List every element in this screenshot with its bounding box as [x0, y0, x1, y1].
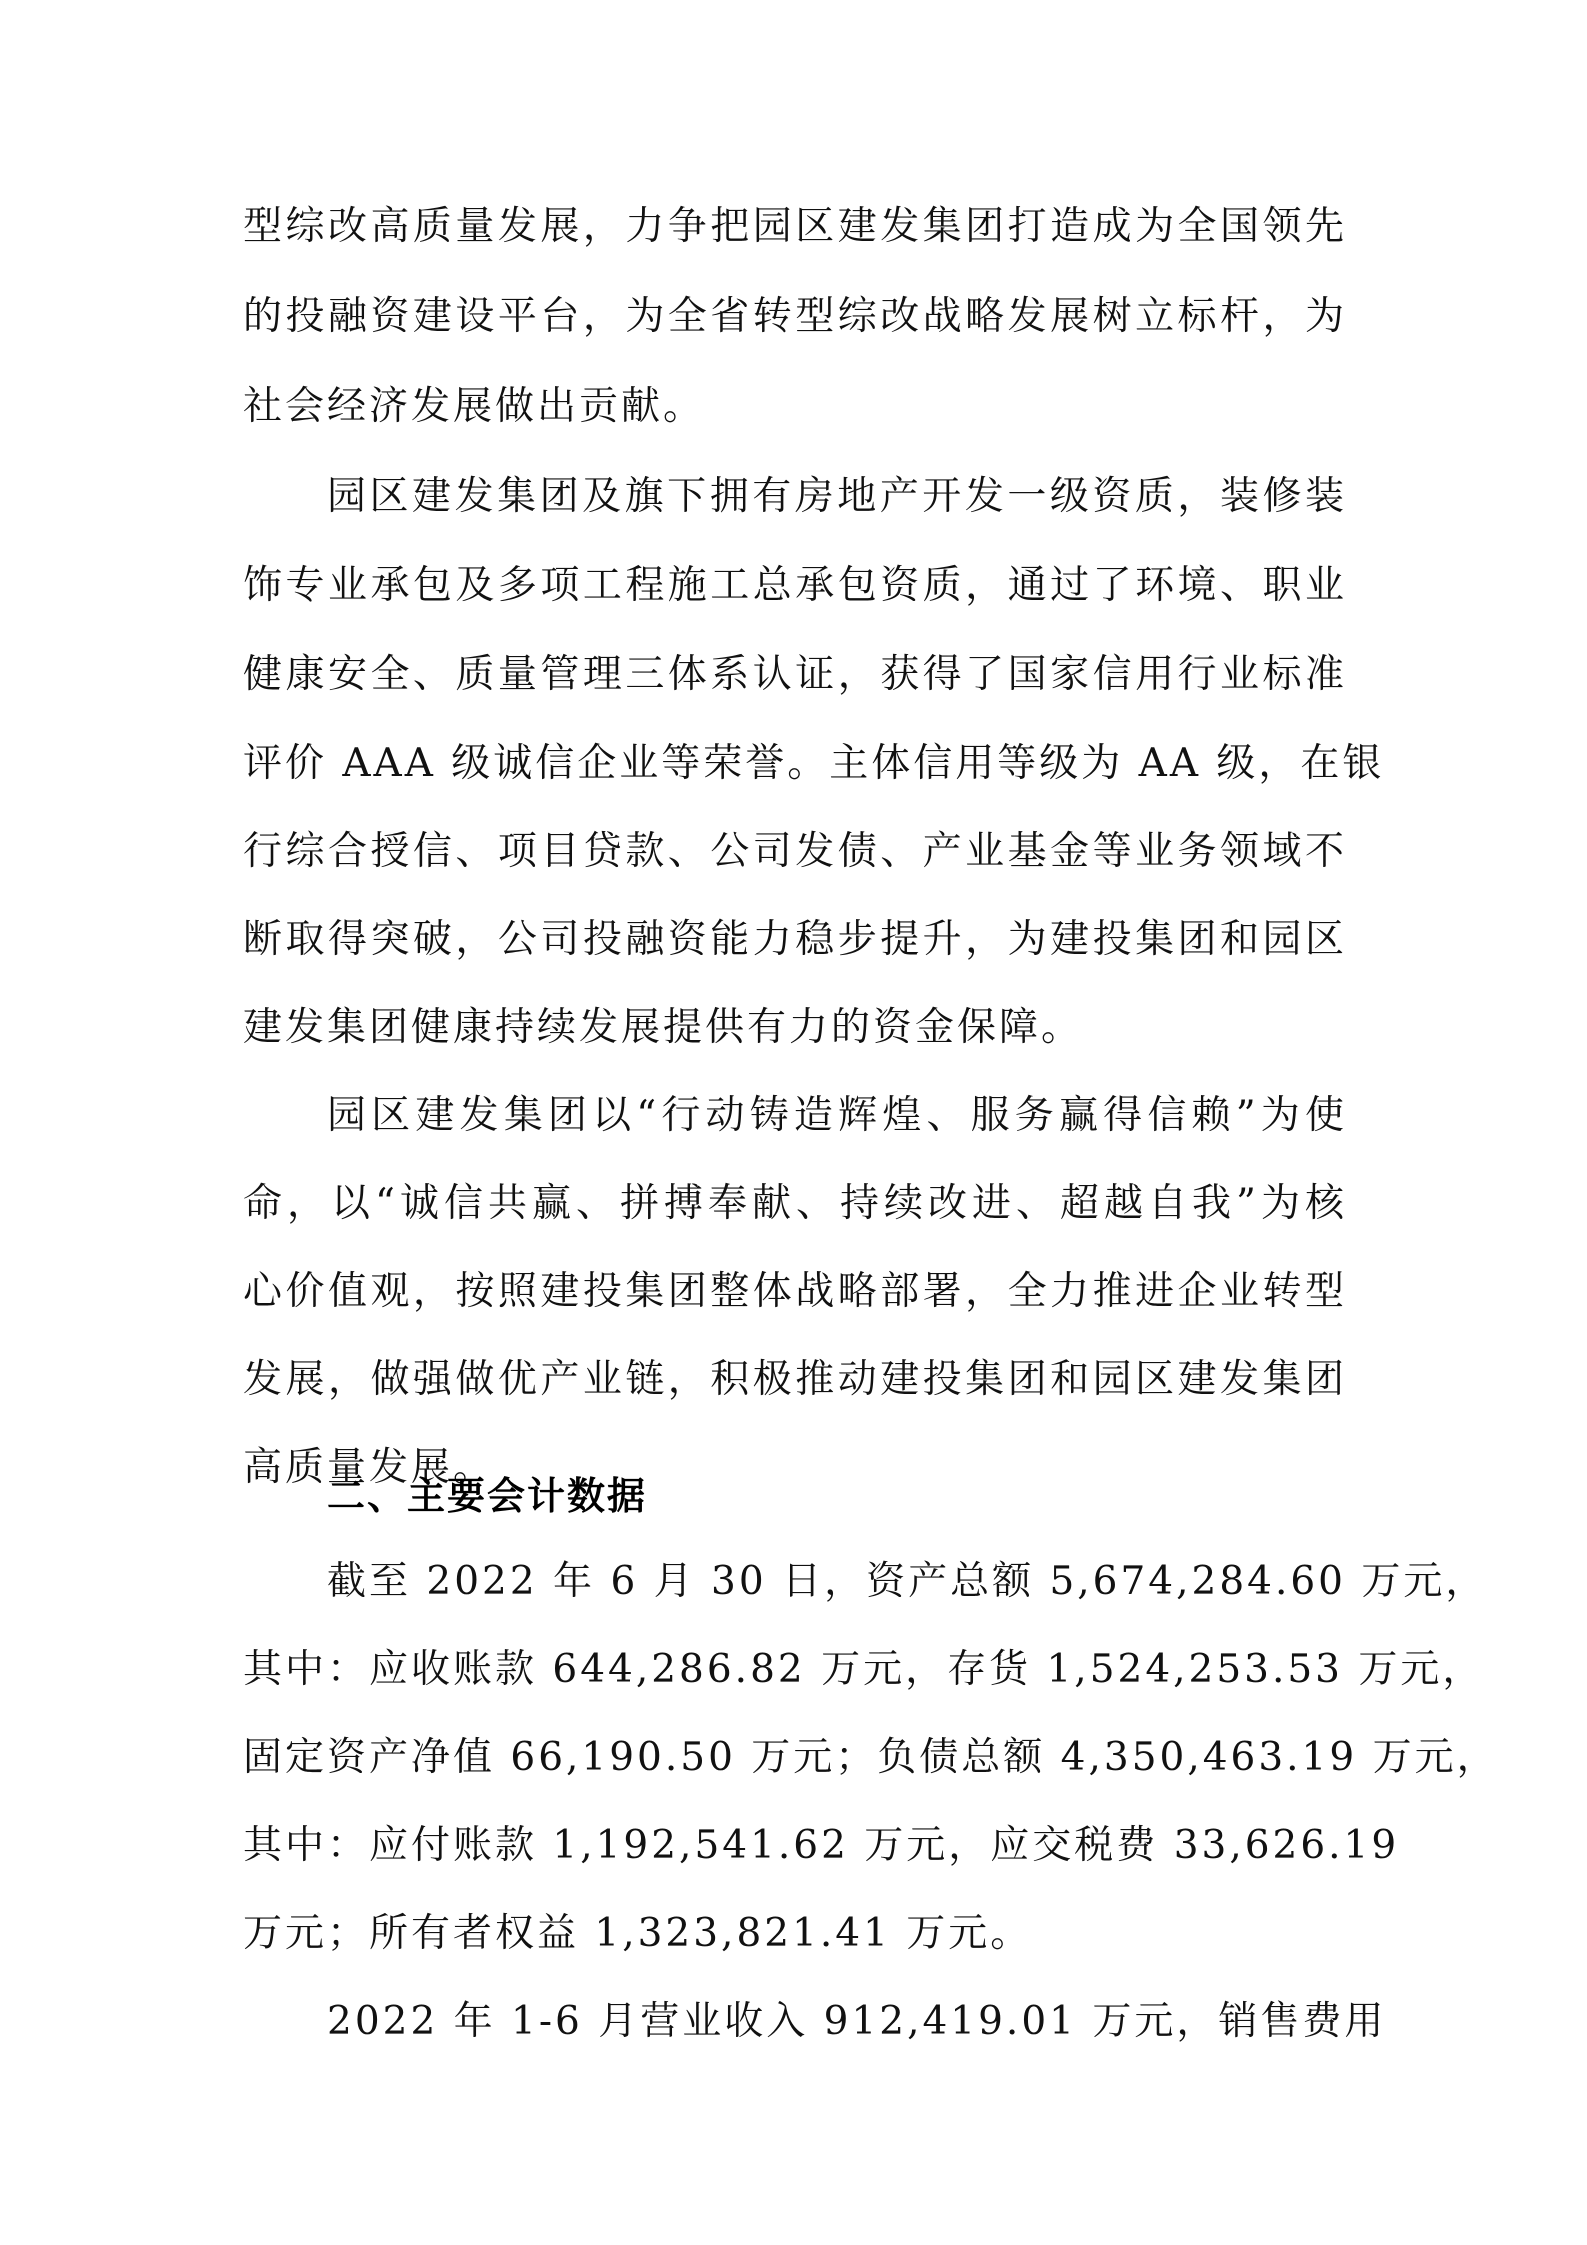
paragraph-qualifications-line-7: 建发集团健康持续发展提供有力的资金保障。 — [243, 998, 1347, 1058]
paragraph-mission-line-3: 心价值观，按照建投集团整体战略部署，全力推进企业转型 — [243, 1262, 1347, 1322]
paragraph-qualifications-line-6: 断取得突破，公司投融资能力稳步提升，为建投集团和园区 — [243, 910, 1347, 970]
paragraph-qualifications-line-5: 行综合授信、项目贷款、公司发债、产业基金等业务领域不 — [243, 822, 1347, 882]
section-heading-accounting-data: 二、主要会计数据 — [327, 1466, 647, 1526]
document-page: 型综改高质量发展，力争把园区建发集团打造成为全国领先 的投融资建设平台，为全省转… — [0, 0, 1587, 2245]
paragraph-qualifications-line-3: 健康安全、质量管理三体系认证，获得了国家信用行业标准 — [243, 645, 1347, 705]
paragraph-balance-sheet-line-3: 固定资产净值 66,190.50 万元；负债总额 4,350,463.19 万元… — [243, 1728, 1347, 1788]
paragraph-mission-line-4: 发展，做强做优产业链，积极推动建投集团和园区建发集团 — [243, 1350, 1347, 1410]
paragraph-balance-sheet-line-4: 其中：应付账款 1,192,541.62 万元，应交税费 33,626.19 — [243, 1816, 1347, 1876]
paragraph-qualifications-line-1: 园区建发集团及旗下拥有房地产开发一级资质，装修装 — [327, 467, 1347, 527]
paragraph-income-line-1: 2022 年 1-6 月营业收入 912,419.01 万元，销售费用 — [327, 1992, 1347, 2052]
paragraph-continuation-line-3: 社会经济发展做出贡献。 — [243, 377, 1347, 437]
paragraph-balance-sheet-line-5: 万元；所有者权益 1,323,821.41 万元。 — [243, 1904, 1347, 1964]
paragraph-qualifications-line-4: 评价 AAA 级诚信企业等荣誉。主体信用等级为 AA 级，在银 — [243, 734, 1347, 794]
paragraph-mission-line-1: 园区建发集团以“行动铸造辉煌、服务赢得信赖”为使 — [327, 1086, 1347, 1146]
paragraph-continuation-line-1: 型综改高质量发展，力争把园区建发集团打造成为全国领先 — [243, 197, 1347, 257]
paragraph-continuation-line-2: 的投融资建设平台，为全省转型综改战略发展树立标杆，为 — [243, 287, 1347, 347]
paragraph-balance-sheet-line-1: 截至 2022 年 6 月 30 日，资产总额 5,674,284.60 万元， — [327, 1552, 1347, 1612]
paragraph-mission-line-2: 命，以“诚信共赢、拼搏奉献、持续改进、超越自我”为核 — [243, 1174, 1347, 1234]
paragraph-balance-sheet-line-2: 其中：应收账款 644,286.82 万元，存货 1,524,253.53 万元… — [243, 1640, 1347, 1700]
paragraph-qualifications-line-2: 饰专业承包及多项工程施工总承包资质，通过了环境、职业 — [243, 556, 1347, 616]
